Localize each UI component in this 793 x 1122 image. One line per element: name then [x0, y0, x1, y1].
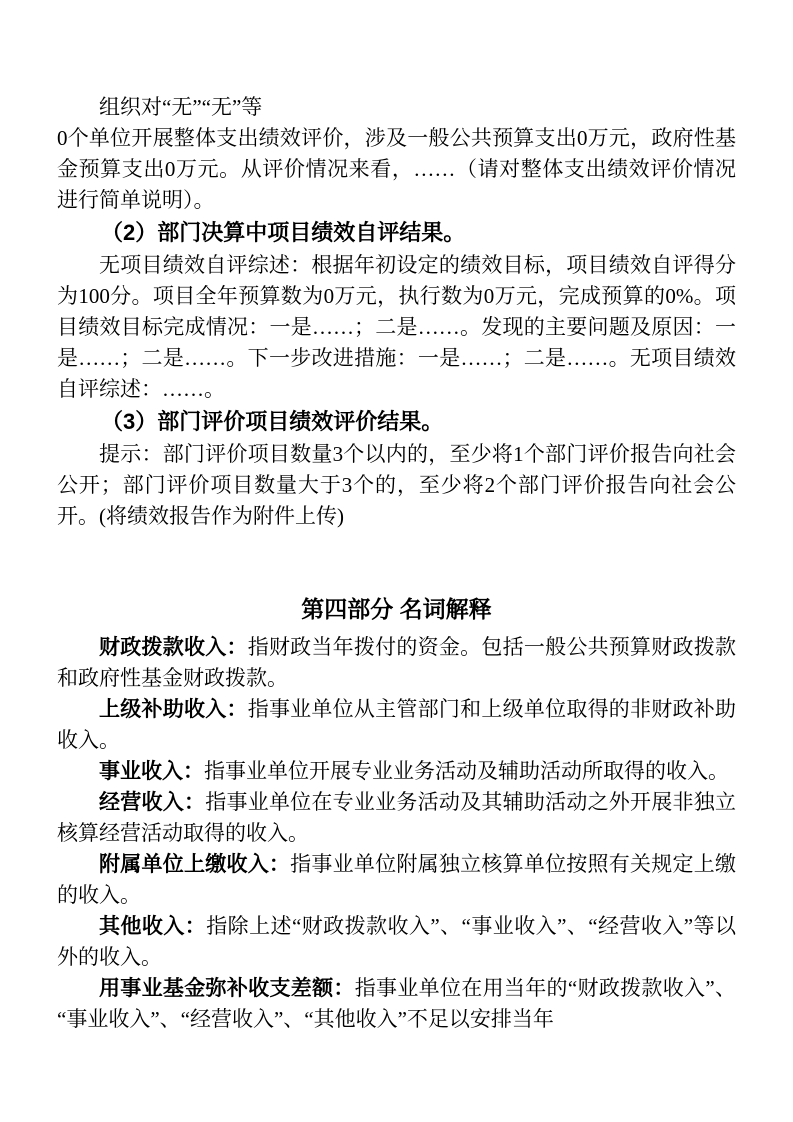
term-paragraph-business-income: 经营收入：指事业单位在专业业务活动及其辅助活动之外开展非独立核算经营活动取得的收…: [57, 787, 736, 849]
term-label: 上级补助收入：: [99, 698, 248, 721]
term-paragraph-fiscal-appropriation-income: 财政拨款收入：指财政当年拨付的资金。包括一般公共预算财政拨款和政府性基金财政拨款…: [57, 632, 736, 694]
term-label: 财政拨款收入：: [99, 636, 248, 659]
term-label: 事业收入：: [99, 760, 204, 783]
term-paragraph-superior-subsidy-income: 上级补助收入：指事业单位从主管部门和上级单位取得的非财政补助收入。: [57, 694, 736, 756]
section-2-heading: （2）部门决算中项目绩效自评结果。: [57, 216, 736, 250]
section-3-heading: （3）部门评价项目绩效评价结果。: [57, 405, 736, 439]
term-paragraph-other-income: 其他收入：指除上述“财政拨款收入”、“事业收入”、“经营收入”等以外的收入。: [57, 911, 736, 973]
section-2-paragraph: 无项目绩效自评综述：根据年初设定的绩效目标，项目绩效自评得分为100分。项目全年…: [57, 250, 736, 405]
section-3-paragraph: 提示：部门评价项目数量3个以内的，至少将1个部门评价报告向社会公开；部门评价项目…: [57, 439, 736, 532]
term-paragraph-affiliated-unit-remittance-income: 附属单位上缴收入：指事业单位附属独立核算单位按照有关规定上缴的收入。: [57, 849, 736, 911]
term-definition: 指事业单位开展专业业务活动及辅助活动所取得的收入。: [204, 759, 729, 783]
term-label: 用事业基金弥补收支差额：: [99, 977, 355, 1000]
term-label: 附属单位上缴收入：: [99, 853, 290, 876]
term-paragraph-fund-balance-offset: 用事业基金弥补收支差额：指事业单位在用当年的“财政拨款收入”、“事业收入”、“经…: [57, 973, 736, 1035]
part4-title: 第四部分 名词解释: [57, 592, 736, 626]
document-page: 组织对“无”“无”等 0个单位开展整体支出绩效评价，涉及一般公共预算支出0万元，…: [0, 0, 793, 1122]
intro-paragraph: 0个单位开展整体支出绩效评价，涉及一般公共预算支出0万元，政府性基金预算支出0万…: [57, 123, 736, 216]
term-label: 其他收入：: [99, 915, 206, 938]
term-label: 经营收入：: [99, 791, 205, 814]
term-paragraph-operational-income: 事业收入：指事业单位开展专业业务活动及辅助活动所取得的收入。: [57, 756, 736, 787]
intro-first-line: 组织对“无”“无”等: [57, 92, 736, 123]
